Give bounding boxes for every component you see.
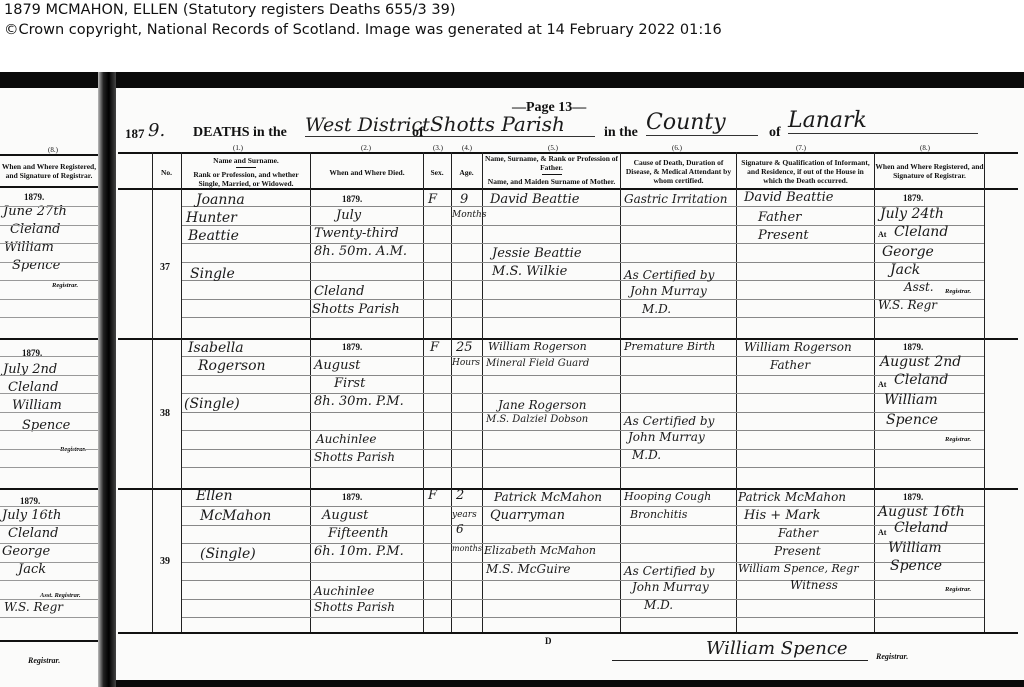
- footer-registrar-label: Registrar.: [876, 652, 908, 661]
- entry-number: 39: [160, 556, 170, 567]
- year-suffix: 9.: [148, 120, 165, 141]
- deaths-title: DEATHS in the: [193, 125, 287, 141]
- registrar-signature: William Spence: [706, 638, 848, 659]
- col-header-no: No.: [152, 168, 181, 177]
- entry-number: 38: [160, 408, 170, 419]
- county-name: Lanark: [788, 108, 978, 134]
- image-caption: 1879 MCMAHON, ELLEN (Statutory registers…: [4, 0, 722, 40]
- left-footer-registrar: Registrar.: [28, 656, 60, 665]
- col-header-cause: Cause of Death, Duration of Disease, & M…: [621, 158, 736, 185]
- book-gutter: [98, 72, 116, 687]
- col-header-age: Age.: [451, 168, 482, 177]
- caption-title: 1879 MCMAHON, ELLEN (Statutory registers…: [4, 0, 722, 20]
- scan-bottom-border: [116, 680, 1024, 687]
- footer-letter: D: [545, 636, 552, 646]
- col-header-when-where: When and Where Died.: [311, 168, 423, 177]
- col-header-registered: When and Where Registered, and Signature…: [875, 162, 984, 180]
- year-prefix: 187: [125, 126, 145, 142]
- left-col-header: When and Where Registered, and Signature…: [0, 162, 98, 180]
- col-header-informant: Signature & Qualification of Informant, …: [737, 158, 874, 185]
- caption-copyright: ©Crown copyright, National Records of Sc…: [4, 20, 722, 40]
- scan-top-border: [0, 72, 1024, 88]
- col-header-parents: Name, Surname, & Rank or Profession of F…: [483, 154, 620, 186]
- entry-number: 37: [160, 262, 170, 273]
- col-header-sex: Sex.: [423, 168, 451, 177]
- left-col-number: (8.): [48, 146, 58, 154]
- parish-name: Shotts Parish: [430, 112, 595, 137]
- col-header-name: Name and Surname. Rank or Profession, an…: [183, 156, 309, 188]
- county-label: County: [646, 110, 758, 136]
